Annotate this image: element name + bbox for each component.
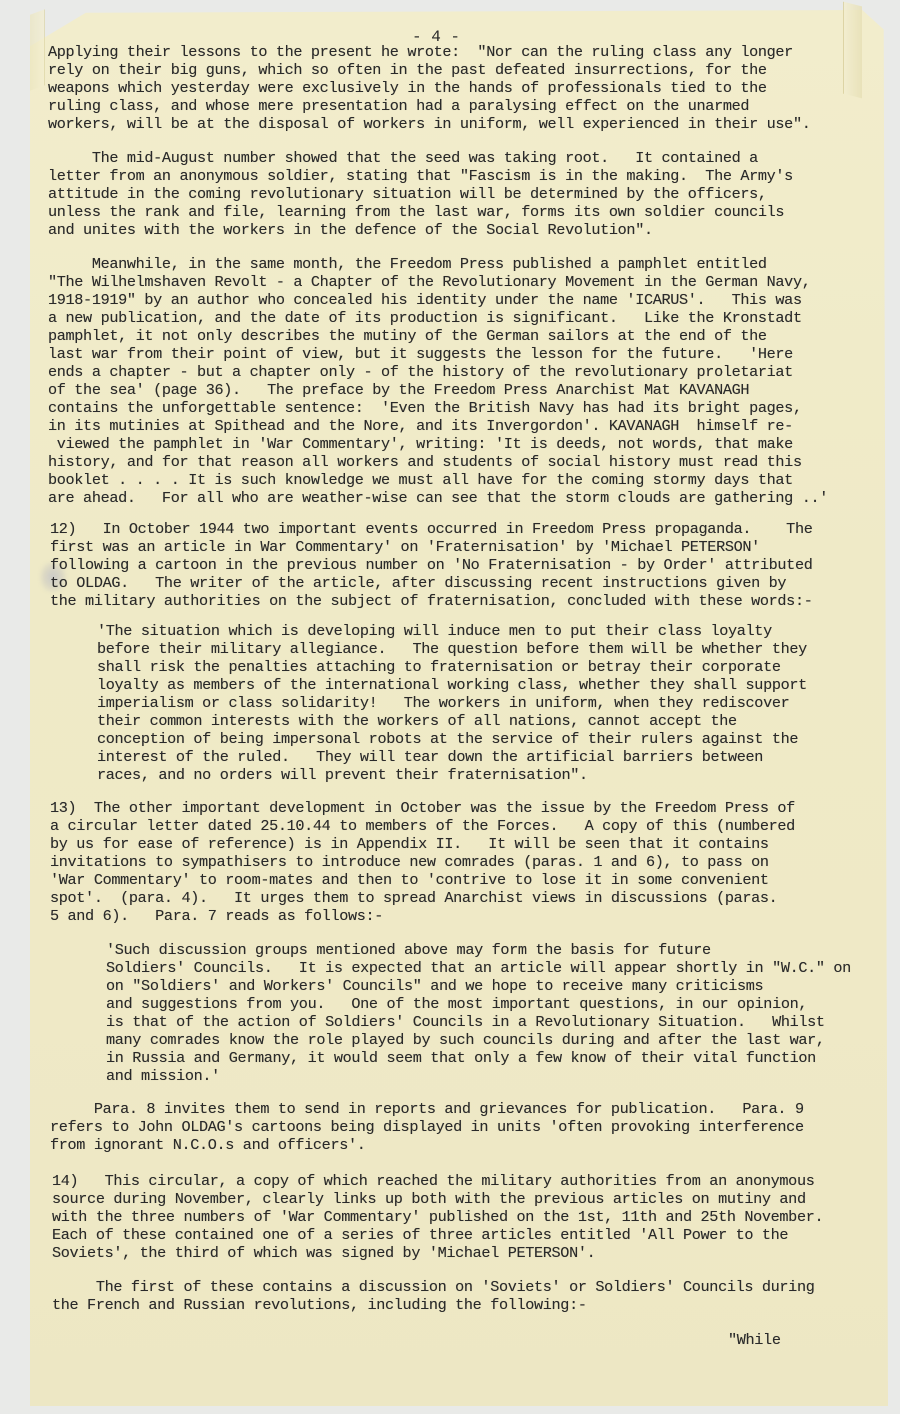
text-line: history, and for that reason all workers… xyxy=(48,454,802,471)
text-line: by us for ease of reference) is in Appen… xyxy=(50,836,769,853)
quote-line: their common interests with the workers … xyxy=(97,713,737,730)
quote-line: Soldiers' Councils. It is expected that … xyxy=(106,960,851,977)
text-line: 14) This circular, a copy of which reach… xyxy=(52,1173,814,1190)
page-corner-fold-right xyxy=(843,2,862,99)
text-line: a new publication, and the date of its p… xyxy=(48,310,802,327)
quote-line: interest of the ruled. They will tear do… xyxy=(97,749,763,766)
text-line: contains the unforgettable sentence: 'Ev… xyxy=(48,400,802,417)
text-line: Each of these contained one of a series … xyxy=(52,1227,788,1244)
quote-line: and suggestions from you. One of the mos… xyxy=(106,996,807,1013)
text-line: 5 and 6). Para. 7 reads as follows:- xyxy=(50,908,383,925)
text-line: The mid-August number showed that the se… xyxy=(48,150,758,167)
text-line: 12) In October 1944 two important events… xyxy=(50,521,812,538)
text-line: weapons which yesterday were exclusively… xyxy=(48,80,767,97)
text-line: 1918-1919" by an author who concealed hi… xyxy=(48,292,802,309)
quote-line: on "Soldiers' and Workers' Councils" and… xyxy=(106,978,763,995)
catchword: "While xyxy=(728,1332,781,1349)
text-line: of the sea' (page 36). The preface by th… xyxy=(48,382,749,399)
quote-line: 'The situation which is developing will … xyxy=(97,623,772,640)
page-corner-fold-left xyxy=(30,9,45,90)
text-line: are ahead. For all who are weather-wise … xyxy=(48,490,828,507)
text-line: invitations to sympathisers to introduce… xyxy=(50,854,769,871)
quote-line: 'Such discussion groups mentioned above … xyxy=(106,942,711,959)
text-line: ruling class, and whose mere presentatio… xyxy=(48,98,749,115)
text-line: unless the rank and file, learning from … xyxy=(48,204,784,221)
quote-line: and mission.' xyxy=(106,1068,220,1085)
text-line: the military authorities on the subject … xyxy=(50,593,812,610)
quote-line: conception of being impersonal robots at… xyxy=(97,731,798,748)
quote-line: imperialism or class solidarity! The wor… xyxy=(97,695,789,712)
text-line: Meanwhile, in the same month, the Freedo… xyxy=(48,256,767,273)
text-line: source during November, clearly links up… xyxy=(52,1191,806,1208)
text-line: "The Wilhelmshaven Revolt - a Chapter of… xyxy=(48,274,810,291)
text-line: The first of these contains a discussion… xyxy=(52,1279,814,1296)
text-line: rely on their big guns, which so often i… xyxy=(48,62,767,79)
text-line: Para. 8 invites them to send in reports … xyxy=(50,1101,804,1118)
text-line: workers, will be at the disposal of work… xyxy=(48,116,810,133)
text-line: to OLDAG. The writer of the article, aft… xyxy=(50,575,786,592)
text-line: Soviets', the third of which was signed … xyxy=(52,1245,595,1262)
quote-line: is that of the action of Soldiers' Counc… xyxy=(106,1014,825,1031)
quote-line: loyalty as members of the international … xyxy=(97,677,807,694)
text-line: a circular letter dated 25.10.44 to memb… xyxy=(50,818,795,835)
text-line: 13) The other important development in O… xyxy=(50,800,795,817)
text-line: the French and Russian revolutions, incl… xyxy=(52,1297,587,1314)
text-line: Applying their lessons to the present he… xyxy=(48,44,793,61)
text-line: pamphlet, it not only describes the muti… xyxy=(48,328,767,345)
text-line: attitude in the coming revolutionary sit… xyxy=(48,186,767,203)
text-line: letter from an anonymous soldier, statin… xyxy=(48,168,793,185)
quote-line: in Russia and Germany, it would seem tha… xyxy=(106,1050,816,1067)
text-line: refers to John OLDAG's cartoons being di… xyxy=(50,1119,804,1136)
text-line: with the three numbers of 'War Commentar… xyxy=(52,1209,823,1226)
text-line: and unites with the workers in the defen… xyxy=(48,222,653,239)
text-line: from ignorant N.C.O.s and officers'. xyxy=(50,1137,366,1154)
text-line: 'War Commentary' to room-mates and then … xyxy=(50,872,769,889)
quote-line: before their military allegiance. The qu… xyxy=(97,641,807,658)
text-line: first was an article in War Commentary' … xyxy=(50,539,760,556)
text-line: in its mutinies at Spithead and the Nore… xyxy=(48,418,793,435)
text-line: following a cartoon in the previous numb… xyxy=(50,557,812,574)
quote-line: races, and no orders will prevent their … xyxy=(97,767,588,784)
quote-line: shall risk the penalties attaching to fr… xyxy=(97,659,781,676)
text-line: ends a chapter - but a chapter only - of… xyxy=(48,364,793,381)
text-line: spot'. (para. 4). It urges them to sprea… xyxy=(50,890,777,907)
text-line: viewed the pamphlet in 'War Commentary',… xyxy=(48,436,793,453)
quote-line: many comrades know the role played by su… xyxy=(106,1032,825,1049)
text-line: last war from their point of view, but i… xyxy=(48,346,793,363)
text-line: booklet . . . . It is such knowledge we … xyxy=(48,472,793,489)
